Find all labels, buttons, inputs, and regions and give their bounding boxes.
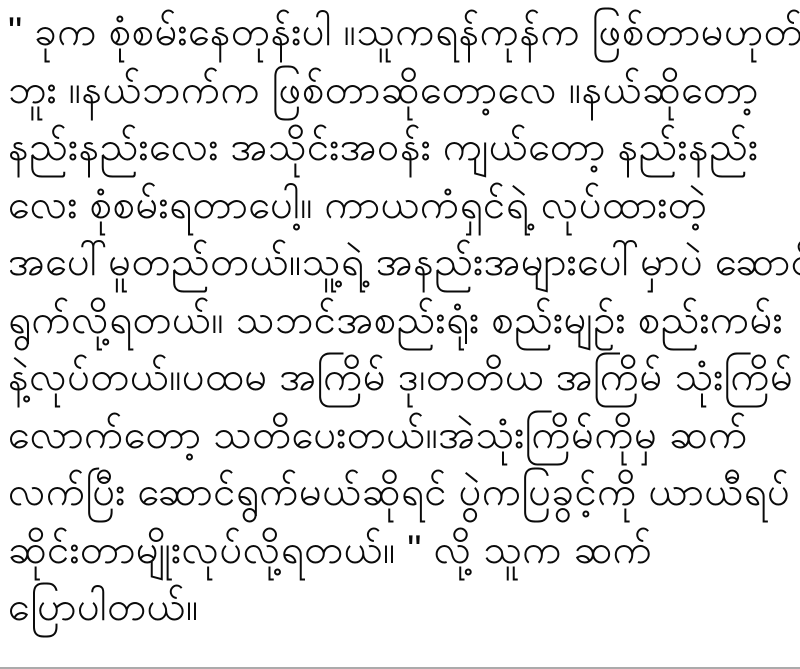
text-line: " ခုက စုံစမ်းနေတုန်းပါ ။သူကရန်ကုန်က ဖြစ်…	[8, 4, 796, 62]
text-line: နည်းနည်းလေး အသိုင်းအဝန်း ကျယ်တော့ နည်းနည…	[8, 119, 796, 177]
text-line: အပေါ်မူတည်တယ်။သူ့ရဲ့ အနည်းအများပေါ်မှာပဲ…	[8, 234, 796, 292]
text-line: လောက်တော့ သတိပေးတယ်။အဲသုံးကြိမ်ကိုမှ ဆက်	[8, 407, 796, 465]
text-line: ဘူး ။နယ်ဘက်က ဖြစ်တာဆိုတော့လေ ။နယ်ဆိုတော့	[8, 62, 796, 120]
text-line: ပြောပါတယ်။	[8, 579, 796, 637]
text-line: လေး စုံစမ်းရတာပေါ့။ ကာယကံရှင်ရဲ့ လုပ်ထား…	[8, 177, 796, 235]
text-line: လက်ပြီး ဆောင်ရွက်မယ်ဆိုရင် ပွဲကပြခွင့်ကိ…	[8, 464, 796, 522]
text-line: ရွက်လို့ရတယ်။ သဘင်အစည်းရုံး စည်းမျဉ်း စည…	[8, 292, 796, 350]
document-page: " ခုက စုံစမ်းနေတုန်းပါ ။သူကရန်ကုန်က ဖြစ်…	[0, 0, 800, 669]
paragraph-text-block: " ခုက စုံစမ်းနေတုန်းပါ ။သူကရန်ကုန်က ဖြစ်…	[8, 4, 796, 637]
text-line: နဲ့လုပ်တယ်။ပထမ အကြိမ် ဒု၊တတိယ အကြိမ် သုံ…	[8, 349, 796, 407]
text-line: ဆိုင်းတာမျိုးလုပ်လို့ရတယ်။ " လို့ သူက ဆက…	[8, 522, 796, 580]
